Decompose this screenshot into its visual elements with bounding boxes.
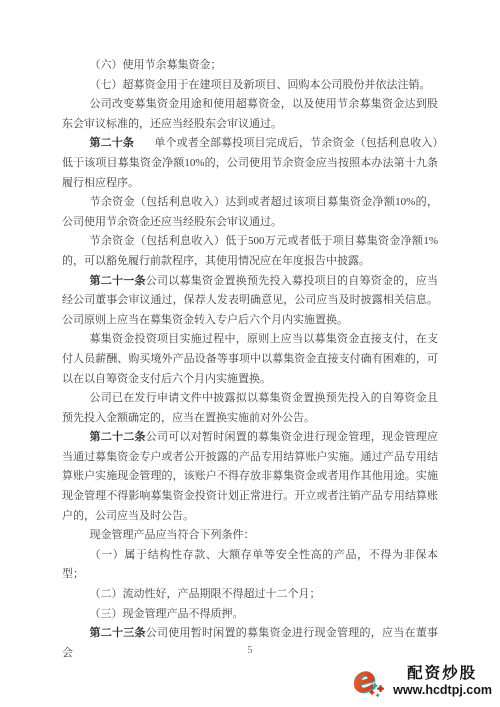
paragraph-text: 现金管理产品应当符合下列条件：: [90, 529, 255, 541]
paragraph: （一）属于结构性存款、大额存单等安全性高的产品，不得为非保本型；: [62, 546, 438, 585]
brand-url: www.hcdtpj.com: [393, 683, 492, 697]
paragraph-text: 公司可以对暂时闲置的募集资金进行现金管理，现金管理应当通过募集资金专户或者公开披…: [62, 431, 438, 521]
paragraph-text: （三）现金管理产品不得质押。: [90, 608, 244, 620]
paragraph-text: 节余资金（包括利息收入）低于500万元或者低于项目募集资金净额1%的，可以豁免履…: [62, 235, 438, 267]
paragraph: （二）流动性好，产品期限不得超过十二个月；: [62, 585, 438, 605]
paragraph-text: （六）使用节余募集资金；: [90, 59, 222, 71]
e-swoosh-logo-icon: e e: [349, 659, 391, 701]
paragraph: （六）使用节余募集资金；: [62, 56, 438, 76]
svg-text:e: e: [349, 659, 380, 701]
paragraph-text: （七）超募资金用于在建项目及新项目、回购本公司股份并依法注销。: [90, 79, 431, 91]
paragraph: 募集资金投资项目实施过程中，原则上应当以募集资金直接支付，在支付人员薪酬、购买境…: [62, 330, 438, 389]
article-heading: 第二十二条: [90, 431, 146, 443]
article-heading: 第二十条: [90, 137, 135, 149]
paragraph: 节余资金（包括利息收入）低于500万元或者低于项目募集资金净额1%的，可以豁免履…: [62, 232, 438, 271]
paragraph: 现金管理产品应当符合下列条件：: [62, 526, 438, 546]
document-body: （六）使用节余募集资金；（七）超募资金用于在建项目及新项目、回购本公司股份并依法…: [62, 56, 438, 663]
brand-watermark: e e 配资炒股: [349, 659, 492, 701]
paragraph-text: （二）流动性好，产品期限不得超过十二个月；: [90, 588, 321, 600]
paragraph: 节余资金（包括利息收入）达到或者超过该项目募集资金净额10%的，公司使用节余资金…: [62, 193, 438, 232]
brand-name: 配资炒股: [393, 664, 492, 683]
watermark-text: 配资炒股 www.hcdtpj.com: [393, 664, 492, 697]
paragraph-text: 公司已在发行申请文件中披露拟以募集资金置换预先投入的自筹资金且预先投入金额确定的…: [62, 392, 438, 424]
paragraph-text: 募集资金投资项目实施过程中，原则上应当以募集资金直接支付，在支付人员薪酬、购买境…: [62, 333, 438, 384]
document-page: （六）使用节余募集资金；（七）超募资金用于在建项目及新项目、回购本公司股份并依法…: [0, 0, 500, 707]
paragraph: （七）超募资金用于在建项目及新项目、回购本公司股份并依法注销。: [62, 76, 438, 96]
article-heading: 第二十三条: [90, 627, 146, 639]
paragraph: 第二十一条公司以募集资金置换预先投入募投项目的自筹资金的，应当经公司董事会审议通…: [62, 272, 438, 331]
paragraph-text: 节余资金（包括利息收入）达到或者超过该项目募集资金净额10%的，公司使用节余资金…: [62, 196, 438, 228]
paragraph-text: 公司改变募集资金用途和使用超募资金，以及使用节余募集资金达到股东会审议标准的，还…: [62, 98, 438, 130]
paragraph: 公司已在发行申请文件中披露拟以募集资金置换预先投入的自筹资金且预先投入金额确定的…: [62, 389, 438, 428]
paragraph: 第二十二条公司可以对暂时闲置的募集资金进行现金管理，现金管理应当通过募集资金专户…: [62, 428, 438, 526]
paragraph: 公司改变募集资金用途和使用超募资金，以及使用节余募集资金达到股东会审议标准的，还…: [62, 95, 438, 134]
paragraph: （三）现金管理产品不得质押。: [62, 605, 438, 625]
page-number: 5: [0, 645, 500, 656]
paragraph: 第二十三条公司使用暂时闲置的募集资金进行现金管理的，应当在董事会: [62, 624, 438, 663]
article-heading: 第二十一条: [90, 275, 146, 287]
paragraph: 第二十条单个或者全部募投项目完成后，节余资金（包括利息收入）低于该项目募集资金净…: [62, 134, 438, 193]
paragraph-text: （一）属于结构性存款、大额存单等安全性高的产品，不得为非保本型；: [62, 549, 438, 581]
